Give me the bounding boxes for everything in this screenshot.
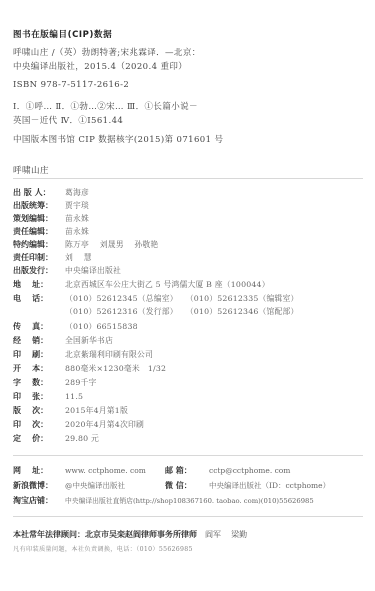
credit-value: 全国新华书店 [65,335,113,346]
credit-row: 出版发行：中央编译出版社 [13,264,121,276]
credit-label: 责任印制： [13,252,65,263]
divider [13,516,363,517]
divider [13,455,363,456]
credit-label: 责任编辑： [13,226,65,237]
weibo-value: @中央编译出版社 [65,480,165,491]
divider [13,178,363,179]
credit-label: 开 本： [13,363,65,374]
credit-row: 策划编辑：苗永姝 [13,212,89,224]
legal-names: 阎军 梁勤 [205,530,247,539]
credit-label: 策划编辑： [13,213,65,224]
credit-row: 责任编辑：苗永姝 [13,225,89,237]
credit-value: （010）66515838 [65,321,138,332]
credit-label: 经 销： [13,335,65,346]
credit-row: 电 话：（010）52612345（总编室） （010）52612335（编辑室… [13,292,299,304]
credit-row: 开 本：880毫米×1230毫米 1/32 [13,362,166,374]
credit-label: 传 真： [13,321,65,332]
credit-row: 字 数：289千字 [13,376,96,388]
weibo-label: 新浪微博： [13,480,65,491]
contact-row: 新浪微博： @中央编译出版社 微 信： 中央编译出版社（ID：cctphome） [13,479,330,491]
credit-label: 版 次： [13,405,65,416]
taobao-label: 淘宝店铺： [13,495,65,506]
credit-value: 葛海彦 [65,187,89,198]
quality-notice: 凡有印装质量问题，本社负责调换，电话：（010）55626985 [13,544,193,553]
credit-label: 印 张： [13,391,65,402]
credit-value: 2015年4月第1版 [65,405,128,416]
cip-record-number: 中国版本图书馆 CIP 数据核字(2015)第 071601 号 [13,133,223,145]
credit-value: 北京西城区车公庄大街乙 5 号鸿儒大厦 B 座（100044） [65,279,270,290]
credit-value: 刘 慧 [65,252,92,263]
cip-isbn: ISBN 978-7-5117-2616-2 [13,80,129,90]
credit-row: 出 版 人：葛海彦 [13,186,89,198]
credit-value: 贾宇琰 [65,200,89,211]
credit-row: 定 价：29.80 元 [13,432,99,444]
copyright-page: 图书在版编目(CIP)数据 呼啸山庄 /（英）勃朗特著;宋兆霖译．—北京： 中央… [0,0,375,591]
email-label: 邮 箱： [165,465,209,476]
credit-label: 印 次： [13,419,65,430]
credit-value: 880毫米×1230毫米 1/32 [65,363,166,374]
contact-row: 淘宝店铺： 中央编译出版社直销店(http://shop108367160. t… [13,494,314,506]
credit-value: 中央编译出版社 [65,265,121,276]
credit-label: 地 址： [13,279,65,290]
contact-row: 网 址： www. cctphome. com 邮 箱： cctp@cctpho… [13,464,290,476]
credit-row: 地 址：北京西城区车公庄大街乙 5 号鸿儒大厦 B 座（100044） [13,278,270,290]
credit-value: 289千字 [65,377,96,388]
credit-label: 印 刷： [13,349,65,360]
credit-row: 印 张：11.5 [13,390,83,402]
credit-label: 定 价： [13,433,65,444]
credit-value: 陈万亭 刘晟男 孙敬艳 [65,239,158,250]
credit-value: 2020年4月第4次印刷 [65,419,144,430]
cip-line: 中央编译出版社，2015.4（2020.4 重印） [13,60,187,72]
credit-value: 苗永姝 [65,226,89,237]
credit-row: 责任印制：刘 慧 [13,251,92,263]
credit-row: 出版统筹：贾宇琰 [13,199,89,211]
credit-row: 特约编辑：陈万亭 刘晟男 孙敬艳 [13,238,158,250]
credit-label: 出 版 人： [13,187,65,198]
credit-label: 出版发行： [13,265,65,276]
credit-row: 经 销：全国新华书店 [13,334,113,346]
cip-line: 呼啸山庄 /（英）勃朗特著;宋兆霖译．—北京： [13,46,201,58]
cip-line: 英国－近代 Ⅳ．①I561.44 [13,114,123,126]
legal-label: 本社常年法律顾问：北京市吴栾赵阎律师事务所律师 [13,530,197,539]
wechat-label: 微 信： [165,480,209,491]
credit-value: 北京紫瑞利印刷有限公司 [65,349,153,360]
taobao-value[interactable]: 中央编译出版社直销店(http://shop108367160. taobao.… [65,495,314,505]
credit-value: 11.5 [65,392,83,401]
email-link[interactable]: cctp@cctphome. com [209,466,290,475]
credit-row: 版 次：2015年4月第1版 [13,404,128,416]
credit-label: 字 数： [13,377,65,388]
website-link[interactable]: www. cctphome. com [65,466,165,475]
credit-row: 印 次：2020年4月第4次印刷 [13,418,144,430]
cip-heading: 图书在版编目(CIP)数据 [13,28,112,40]
credit-label: 电 话： [13,293,65,304]
legal-counsel: 本社常年法律顾问：北京市吴栾赵阎律师事务所律师阎军 梁勤 [13,529,247,540]
book-title: 呼啸山庄 [13,164,49,176]
credit-row: （010）52612316（发行部） （010）52612346（馆配部） [13,305,299,317]
credit-row: 传 真：（010）66515838 [13,320,138,332]
credit-value: 29.80 元 [65,433,99,444]
wechat-value: 中央编译出版社（ID：cctphome） [209,480,330,491]
credit-label: 出版统筹： [13,200,65,211]
credit-value: （010）52612316（发行部） （010）52612346（馆配部） [65,306,299,317]
credit-label: 特约编辑： [13,239,65,250]
website-label: 网 址： [13,465,65,476]
credit-value: 苗永姝 [65,213,89,224]
credit-value: （010）52612345（总编室） （010）52612335（编辑室） [65,293,299,304]
credit-row: 印 刷：北京紫瑞利印刷有限公司 [13,348,153,360]
cip-line: Ⅰ．①呼… Ⅱ．①勃…②宋… Ⅲ．①长篇小说－ [13,100,198,112]
